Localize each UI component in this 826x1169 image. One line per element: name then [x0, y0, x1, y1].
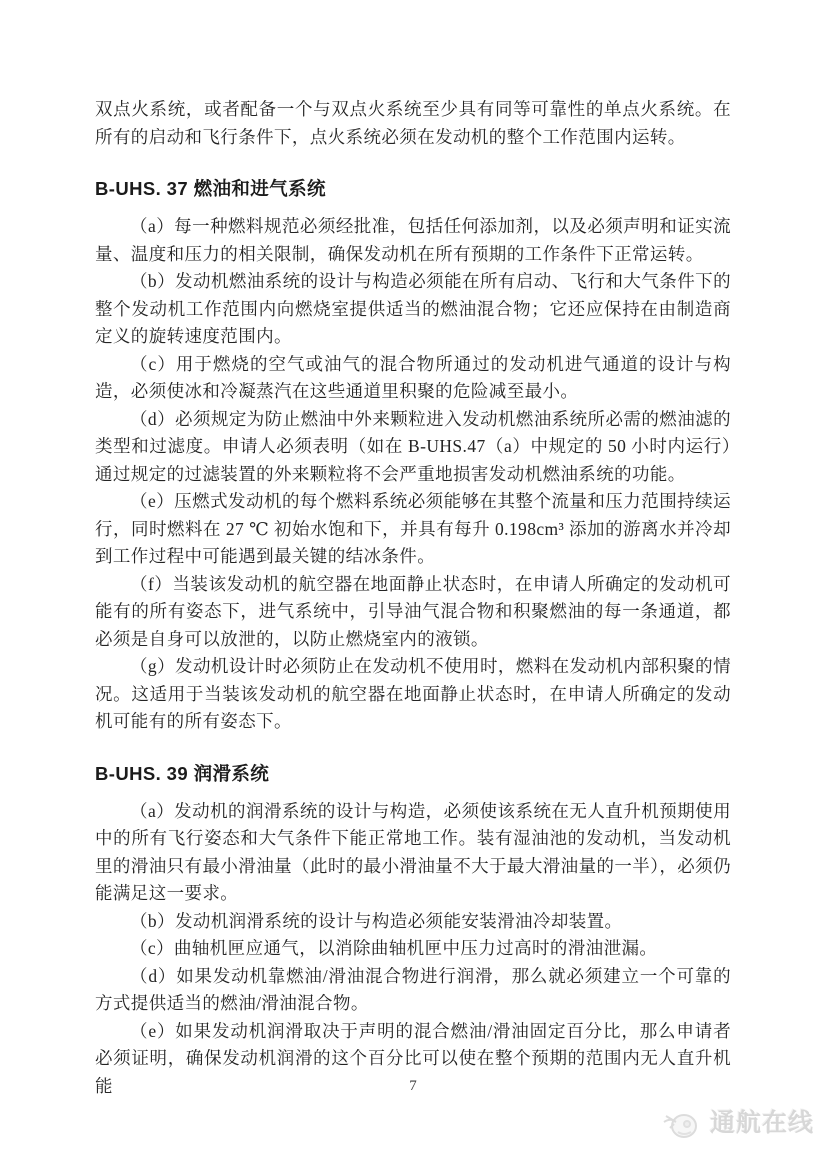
section-heading-b-uhs-37: B-UHS. 37 燃油和进气系统	[95, 175, 731, 203]
watermark: 通航在线	[660, 1102, 814, 1140]
paragraph-lube-a: （a）发动机的润滑系统的设计与构造，必须使该系统在无人直升机预期使用中的所有飞行…	[95, 798, 731, 908]
paragraph-fuel-d: （d）必须规定为防止燃油中外来颗粒进入发动机燃油系统所必需的燃油滤的类型和过滤度…	[95, 406, 731, 489]
paragraph-fuel-e: （e）压燃式发动机的每个燃料系统必须能够在其整个流量和压力范围持续运行，同时燃料…	[95, 488, 731, 571]
document-page: 双点火系统，或者配备一个与双点火系统至少具有同等可靠性的单点火系统。在所有的启动…	[0, 0, 826, 1169]
paragraph-fuel-a: （a）每一种燃料规范必须经批准，包括任何添加剂，以及必须声明和证实流量、温度和压…	[95, 213, 731, 268]
paragraph-lube-d: （d）如果发动机靠燃油/滑油混合物进行润滑，那么就必须建立一个可靠的方式提供适当…	[95, 963, 731, 1018]
paragraph-fuel-g: （g）发动机设计时必须防止在发动机不使用时，燃料在发动机内部积聚的情况。这适用于…	[95, 653, 731, 736]
section-heading-b-uhs-39: B-UHS. 39 润滑系统	[95, 760, 731, 788]
watermark-text: 通航在线	[710, 1103, 814, 1139]
paragraph-fuel-c: （c）用于燃烧的空气或油气的混合物所通过的发动机进气通道的设计与构造，必须使冰和…	[95, 351, 731, 406]
page-body: 双点火系统，或者配备一个与双点火系统至少具有同等可靠性的单点火系统。在所有的启动…	[95, 96, 731, 1100]
watermark-logo-icon	[660, 1102, 702, 1140]
paragraph-fuel-f: （f）当装该发动机的航空器在地面静止状态时，在申请人所确定的发动机可能有的所有姿…	[95, 571, 731, 654]
paragraph-fuel-b: （b）发动机燃油系统的设计与构造必须能在所有启动、飞行和大气条件下的整个发动机工…	[95, 268, 731, 351]
page-number: 7	[0, 1078, 826, 1095]
paragraph-lube-c: （c）曲轴机匣应通气，以消除曲轴机匣中压力过高时的滑油泄漏。	[95, 935, 731, 963]
paragraph-lube-b: （b）发动机润滑系统的设计与构造必须能安装滑油冷却装置。	[95, 908, 731, 936]
paragraph-continuation: 双点火系统，或者配备一个与双点火系统至少具有同等可靠性的单点火系统。在所有的启动…	[95, 96, 731, 151]
